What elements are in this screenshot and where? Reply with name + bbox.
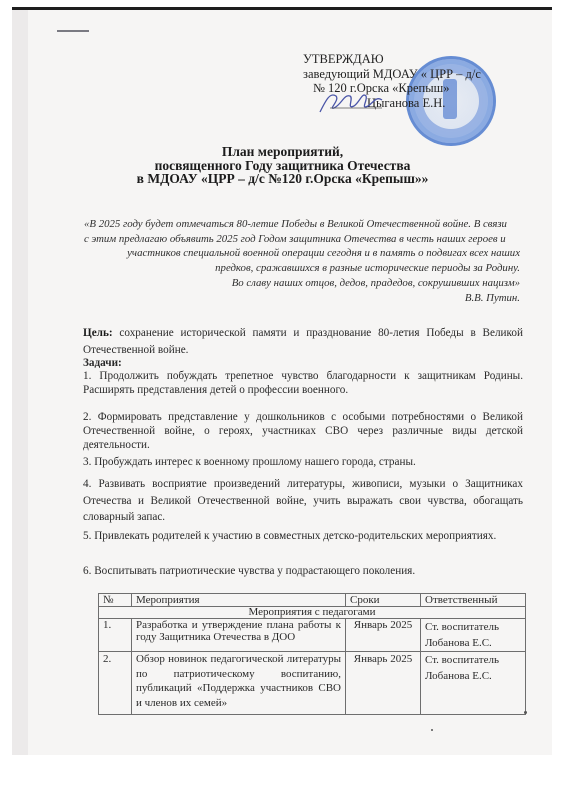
epigraph-quote: «В 2025 году будет отмечаться 80-летие П… — [84, 217, 520, 305]
title-line-3: в МДОАУ «ЦРР – д/с №120 г.Орска «Крепыш»… — [0, 172, 565, 186]
epigraph-author: В.В. Путин. — [84, 291, 520, 306]
signature-icon — [316, 86, 386, 116]
events-table: № Мероприятия Сроки Ответственный Меропр… — [98, 593, 526, 715]
goal-paragraph: Цель: сохранение исторической памяти и п… — [83, 325, 523, 359]
table-row: 2. Обзор новинок педагогической литерату… — [99, 652, 526, 715]
task-item-2: 2. Формировать представление у дошкольни… — [83, 411, 523, 452]
epigraph-line: «В 2025 году будет отмечаться 80-летие П… — [84, 217, 520, 232]
responsible-role: Ст. воспитатель — [425, 652, 521, 668]
scan-speck — [524, 711, 527, 714]
goal-text: сохранение исторической памяти и праздно… — [83, 327, 523, 356]
epigraph-line: Во славу наших отцов, дедов, прадедов, с… — [84, 276, 520, 291]
title-line-2: посвященного Году защитника Отечества — [0, 159, 565, 173]
table-section-row: Мероприятия с педагогами — [99, 607, 526, 619]
task-item-6: 6. Воспитывать патриотические чувства у … — [83, 565, 523, 579]
scan-speck — [431, 729, 433, 731]
approval-heading: УТВЕРЖДАЮ — [303, 52, 481, 67]
row-responsible: Ст. воспитатель Лобанова Е.С. — [421, 652, 526, 715]
task-item-3: 3. Пробуждать интерес к военному прошлом… — [83, 456, 523, 470]
responsible-person: Лобанова Е.С. — [425, 635, 521, 651]
row-date: Январь 2025 — [346, 619, 421, 652]
row-date: Январь 2025 — [346, 652, 421, 715]
row-number: 1. — [99, 619, 132, 652]
responsible-person: Лобанова Е.С. — [425, 668, 521, 684]
epigraph-line: участников специальной военной операции … — [84, 246, 520, 261]
page-edge-shadow — [12, 10, 28, 755]
row-number: 2. — [99, 652, 132, 715]
header-dates: Сроки — [346, 594, 421, 607]
row-responsible: Ст. воспитатель Лобанова Е.С. — [421, 619, 526, 652]
section-title: Мероприятия с педагогами — [99, 607, 526, 619]
table-header-row: № Мероприятия Сроки Ответственный — [99, 594, 526, 607]
task-item-1: 1. Продолжить побуждать трепетное чувств… — [83, 370, 523, 398]
goal-label: Цель: — [83, 327, 113, 339]
header-events: Мероприятия — [132, 594, 346, 607]
task-item-4: 4. Развивать восприятие произведений лит… — [83, 476, 523, 526]
title-line-1: План мероприятий, — [0, 145, 565, 159]
document-title: План мероприятий, посвященного Году защи… — [0, 145, 565, 186]
task-item-5: 5. Привлекать родителей к участию в совм… — [83, 530, 523, 544]
approval-position-line1: заведующий МДОАУ « ЦРР – д/с — [303, 67, 481, 82]
row-event: Обзор новинок педагогической литературы … — [132, 652, 346, 715]
header-responsible: Ответственный — [421, 594, 526, 607]
header-number: № — [99, 594, 132, 607]
row-event: Разработка и утверждение плана работы к … — [132, 619, 346, 652]
epigraph-line: с этим предлагаю объявить 2025 год Годом… — [84, 232, 520, 247]
table-row: 1. Разработка и утверждение плана работы… — [99, 619, 526, 652]
tasks-label: Задачи: — [83, 357, 523, 369]
scan-mark — [57, 30, 89, 32]
responsible-role: Ст. воспитатель — [425, 619, 521, 635]
epigraph-line: предков, сражавшихся в разные историческ… — [84, 261, 520, 276]
